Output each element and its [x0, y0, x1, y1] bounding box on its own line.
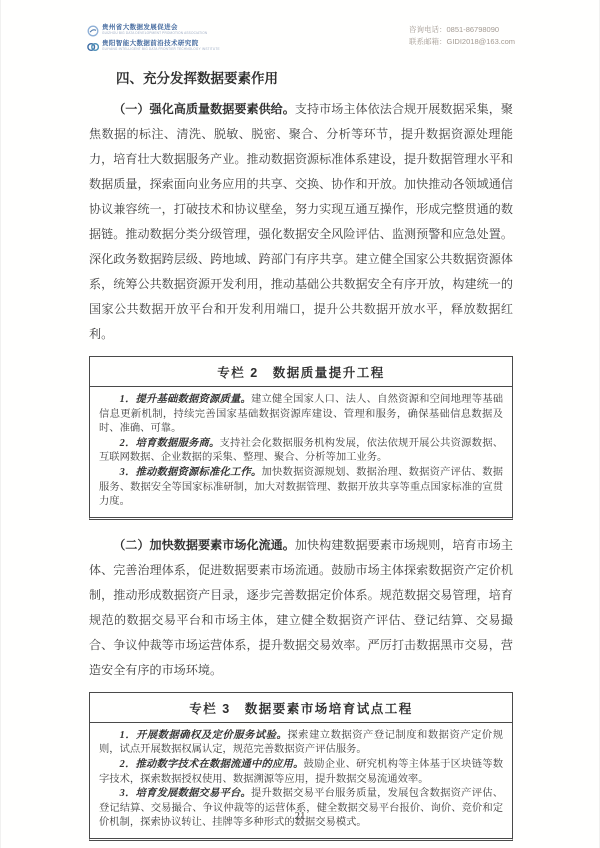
- contact-phone: 咨询电话：0851-86798090: [409, 24, 515, 36]
- box3-item-1-lead: 1．开展数据确权及定价服务试验。: [120, 730, 288, 741]
- box2-item-3-lead: 3．推动数据资源标准化工作。: [120, 467, 262, 478]
- paragraph-supply-text: 支持市场主体依法合规开展数据采集，聚焦数据的标注、清洗、脱敏、脱密、聚合、分析等…: [89, 102, 513, 341]
- box2-item-2: 2．培育数据服务商。支持社会化数据服务机构发展，依法依规开展公共资源数据、互联网…: [99, 437, 503, 466]
- box2-item-1-lead: 1．提升基础数据资源质量。: [120, 394, 251, 405]
- box3-item-3-lead: 3．培育发展数据交易平台。: [120, 788, 251, 799]
- page-header: 贵州省大数据发展促进会 GUIZHOU BIG DATA DEVELOPMENT…: [87, 24, 515, 52]
- association-logo-name: 贵州省大数据发展促进会: [102, 25, 219, 32]
- section-title: 四、充分发挥数据要素作用: [89, 66, 513, 92]
- institute-logo-subtitle: GUIYANG INTELLIGENT BIG DATA FRONTIER TE…: [102, 48, 220, 51]
- box2-item-2-lead: 2．培育数据服务商。: [120, 438, 220, 449]
- paragraph-supply-lead: （一）强化高质量数据要素供给。: [113, 102, 295, 116]
- document-page: 贵州省大数据发展促进会 GUIZHOU BIG DATA DEVELOPMENT…: [0, 0, 600, 848]
- association-logo-subtitle: GUIZHOU BIG DATA DEVELOPMENT PROMOTION A…: [102, 32, 207, 35]
- box2-item-1: 1．提升基础数据资源质量。建立健全国家人口、法人、自然资源和空间地理等基础信息更…: [99, 393, 503, 437]
- box3-item-1: 1．开展数据确权及定价服务试验。探索建立数据资产登记制度和数据资产定价规则，试点…: [99, 729, 503, 758]
- box3-item-2-lead: 2．推动数字技术在数据流通中的应用。: [120, 759, 304, 770]
- page-number: 21: [1, 810, 599, 822]
- institute-logo-name: 贵阳智能大数据前沿技术研究院: [102, 41, 233, 48]
- logo-group: 贵州省大数据发展促进会 GUIZHOU BIG DATA DEVELOPMENT…: [87, 24, 233, 52]
- paragraph-supply: （一）强化高质量数据要素供给。支持市场主体依法合规开展数据采集，聚焦数据的标注、…: [89, 97, 513, 347]
- column-box-2: 专栏 2 数据质量提升工程 1．提升基础数据资源质量。建立健全国家人口、法人、自…: [89, 356, 513, 520]
- contact-info: 咨询电话：0851-86798090 联系邮箱：GIDI2018@163.com: [409, 24, 515, 48]
- paragraph-circulation-lead: （二）加快数据要素市场化流通。: [113, 538, 295, 552]
- contact-email: 联系邮箱：GIDI2018@163.com: [409, 36, 515, 48]
- association-logo-icon: [87, 24, 99, 36]
- paragraph-circulation: （二）加快数据要素市场化流通。加快构建数据要素市场规则，培育市场主体、完善治理体…: [89, 533, 513, 683]
- box2-item-3: 3．推动数据资源标准化工作。加快数据资源规划、数据治理、数据资产评估、数据服务、…: [99, 466, 503, 510]
- column-box-3-title: 专栏 3 数据要素市场培育试点工程: [90, 693, 512, 723]
- document-body: 四、充分发挥数据要素作用 （一）强化高质量数据要素供给。支持市场主体依法合规开展…: [89, 66, 513, 848]
- column-box-2-title: 专栏 2 数据质量提升工程: [90, 357, 512, 387]
- association-logo: 贵州省大数据发展促进会 GUIZHOU BIG DATA DEVELOPMENT…: [87, 24, 233, 36]
- column-box-2-body: 1．提升基础数据资源质量。建立健全国家人口、法人、自然资源和空间地理等基础信息更…: [90, 387, 512, 517]
- institute-logo-icon: [87, 40, 99, 52]
- paragraph-circulation-text: 加快构建数据要素市场规则，培育市场主体、完善治理体系，促进数据要素市场流通。鼓励…: [89, 538, 513, 677]
- box3-item-2: 2．推动数字技术在数据流通中的应用。鼓励企业、研究机构等主体基于区块链等数字技术…: [99, 758, 503, 787]
- institute-logo: 贵阳智能大数据前沿技术研究院 GUIYANG INTELLIGENT BIG D…: [87, 40, 233, 52]
